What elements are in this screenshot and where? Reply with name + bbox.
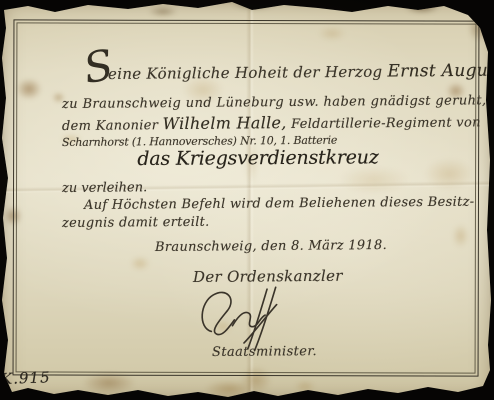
stain [148,6,178,17]
line-royal-title: eine Königliche Hoheit der Herzog Ernst … [108,61,494,84]
recipient-regiment: Feldartillerie-Regiment von [287,115,481,132]
royal-title-text: eine Königliche Hoheit der Herzog [108,63,388,83]
photo-backdrop: S eine Königliche Hoheit der Herzog Erns… [0,0,494,400]
signature-scrawl: Wolff [196,283,292,353]
place-date: Braunschweig, den 8. März 1918. [155,238,387,255]
line-recipient: dem Kanonier Wilhelm Halle, Feldartiller… [62,111,481,134]
signer-role: Staatsminister. [212,344,317,360]
recipient-name: Wilhelm Halle, [163,113,287,133]
stain [232,0,276,10]
stain [294,380,316,393]
stain [404,0,440,14]
recipient-rank: dem Kanonier [62,118,163,134]
award-title: das Kriegsverdienstkreuz [137,146,378,170]
certificate-paper: S eine Königliche Hoheit der Herzog Erns… [0,0,494,400]
inventory-mark: K.915 [1,368,51,388]
line-verleihen: zu verleihen. [62,180,147,196]
line-erteilt: zeugnis damit erteilt. [62,215,210,231]
ruler-name: Ernst August [387,61,494,82]
